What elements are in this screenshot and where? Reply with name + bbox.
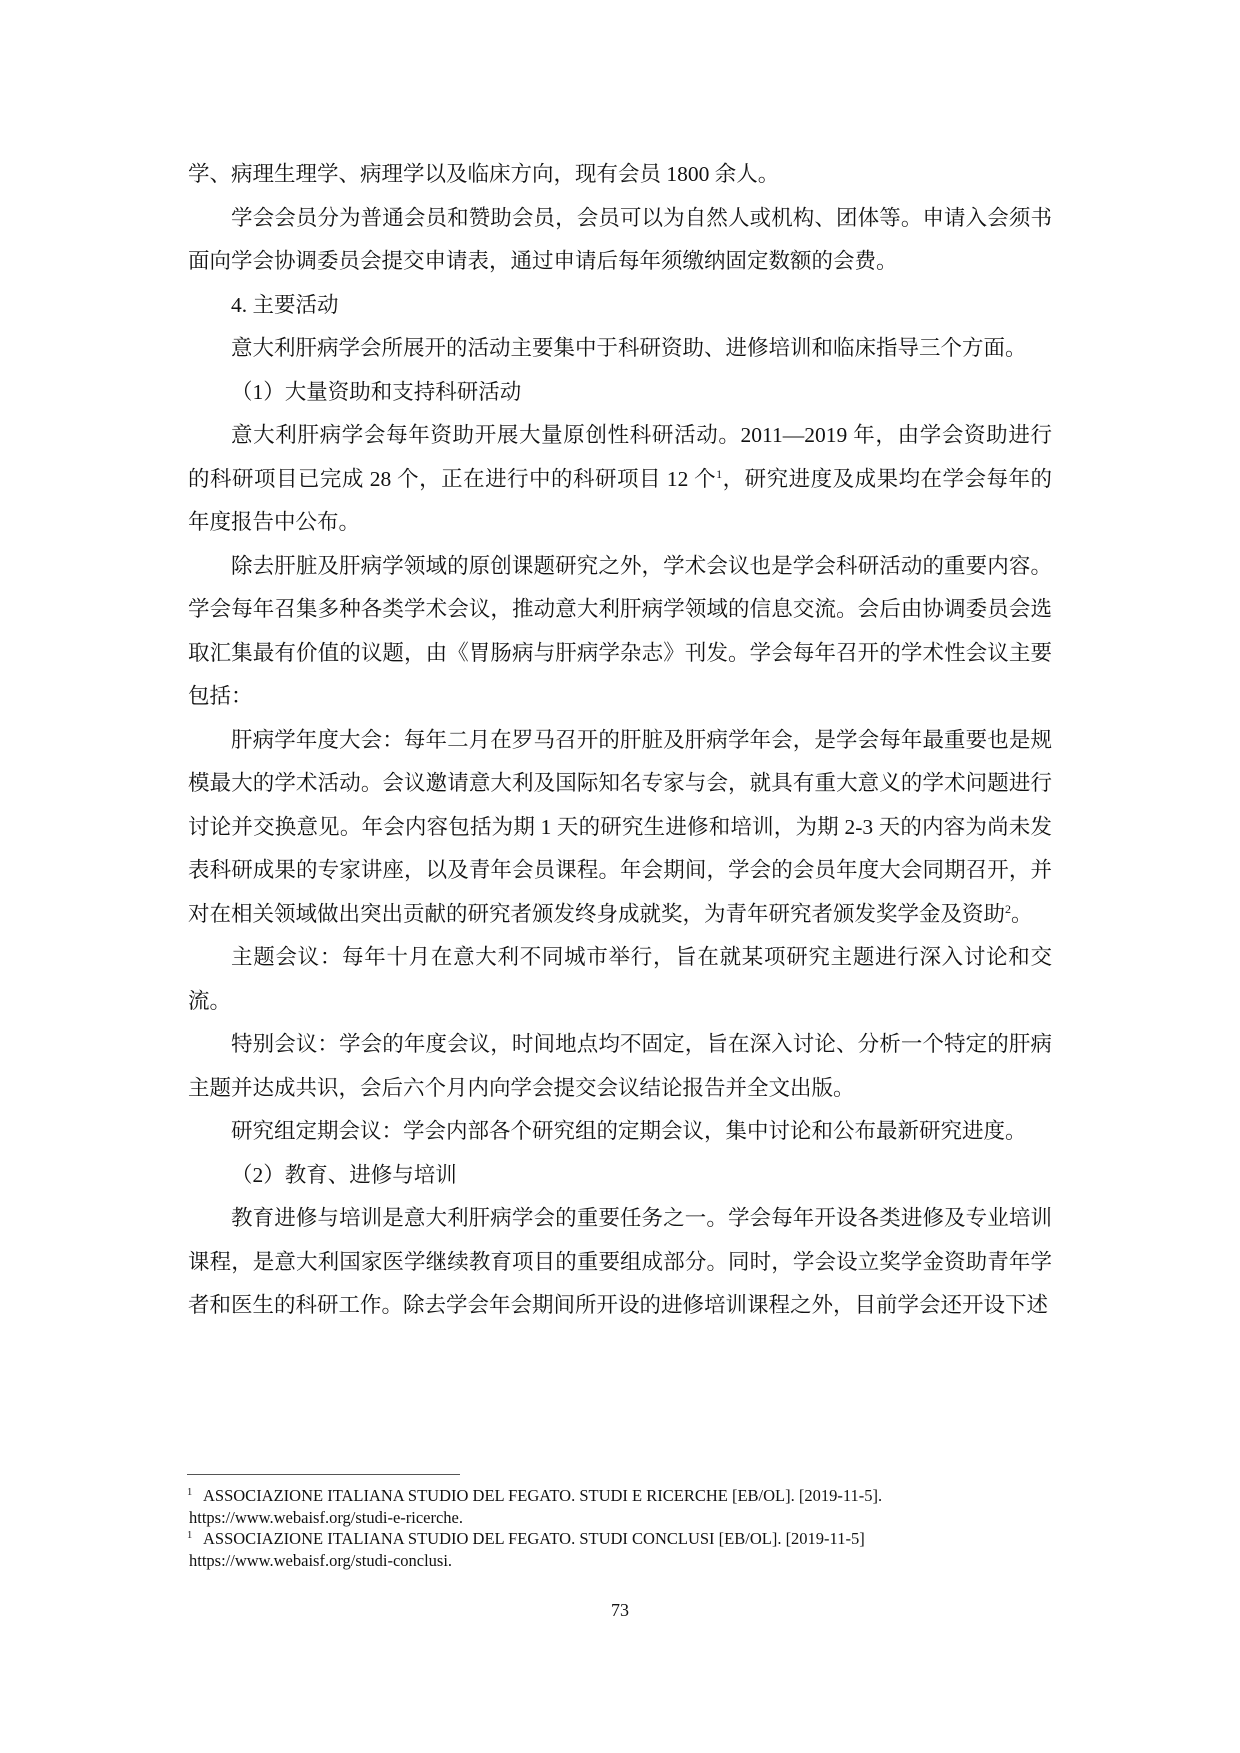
paragraph-text: 。 bbox=[1011, 902, 1033, 926]
footnotes: 1ASSOCIAZIONE ITALIANA STUDIO DEL FEGATO… bbox=[187, 1485, 1067, 1571]
paragraph-research-projects: 意大利肝病学会每年资助开展大量原创性科研活动。2011—2019 年，由学会资助… bbox=[188, 414, 1052, 545]
paragraph-thematic-meetings: 主题会议：每年十月在意大利不同城市举行，旨在就某项研究主题进行深入讨论和交流。 bbox=[188, 936, 1052, 1023]
paragraph-activities-overview: 意大利肝病学会所展开的活动主要集中于科研资助、进修培训和临床指导三个方面。 bbox=[188, 327, 1052, 371]
subsection-heading-research-funding: （1）大量资助和支持科研活动 bbox=[188, 371, 1052, 415]
footnote-separator bbox=[187, 1474, 460, 1475]
paragraph-text: 肝病学年度大会：每年二月在罗马召开的肝脏及肝病学年会，是学会每年最重要也是规模最… bbox=[188, 728, 1052, 926]
paragraph-special-meetings: 特别会议：学会的年度会议，时间地点均不固定，旨在深入讨论、分析一个特定的肝病主题… bbox=[188, 1023, 1052, 1110]
paragraph-education-training: 教育进修与培训是意大利肝病学会的重要任务之一。学会每年开设各类进修及专业培训课程… bbox=[188, 1197, 1052, 1328]
section-heading-main-activities: 4. 主要活动 bbox=[188, 284, 1052, 328]
footnote-url-link[interactable]: https://www.webaisf.org/studi-conclusi. bbox=[187, 1550, 1067, 1572]
footnote-citation: ASSOCIAZIONE ITALIANA STUDIO DEL FEGATO.… bbox=[203, 1529, 865, 1548]
footnote-1: 1ASSOCIAZIONE ITALIANA STUDIO DEL FEGATO… bbox=[187, 1485, 1067, 1528]
paragraph-academic-conferences: 除去肝脏及肝病学领域的原创课题研究之外，学术会议也是学会科研活动的重要内容。学会… bbox=[188, 545, 1052, 719]
footnote-citation: ASSOCIAZIONE ITALIANA STUDIO DEL FEGATO.… bbox=[203, 1486, 882, 1505]
paragraph-membership-fields: 学、病理生理学、病理学以及临床方向，现有会员 1800 余人。 bbox=[188, 153, 1052, 197]
paragraph-annual-congress: 肝病学年度大会：每年二月在罗马召开的肝脏及肝病学年会，是学会每年最重要也是规模最… bbox=[188, 719, 1052, 937]
subsection-heading-education-training: （2）教育、进修与培训 bbox=[188, 1154, 1052, 1198]
page-number: 73 bbox=[0, 1600, 1240, 1621]
footnote-url-link[interactable]: https://www.webaisf.org/studi-e-ricerche… bbox=[187, 1507, 1067, 1529]
footnote-2: 1ASSOCIAZIONE ITALIANA STUDIO DEL FEGATO… bbox=[187, 1528, 1067, 1571]
paragraph-study-group-meetings: 研究组定期会议：学会内部各个研究组的定期会议，集中讨论和公布最新研究进度。 bbox=[188, 1110, 1052, 1154]
document-page: 学、病理生理学、病理学以及临床方向，现有会员 1800 余人。 学会会员分为普通… bbox=[0, 0, 1240, 1753]
paragraph-membership-types: 学会会员分为普通会员和赞助会员，会员可以为自然人或机构、团体等。申请入会须书面向… bbox=[188, 197, 1052, 284]
body-text: 学、病理生理学、病理学以及临床方向，现有会员 1800 余人。 学会会员分为普通… bbox=[188, 153, 1052, 1328]
